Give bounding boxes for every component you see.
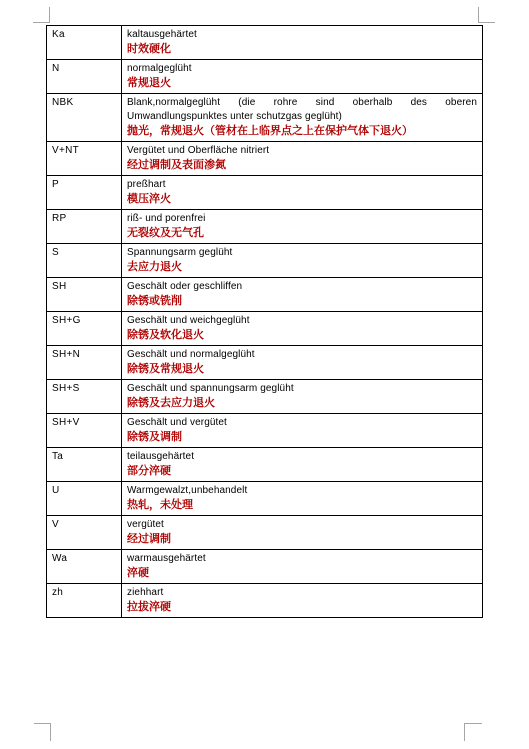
heat-treatment-codes-table: Ka kaltausgehärtet 时效硬化 N normalgeglüht … [46, 25, 483, 618]
code-cell: N [47, 60, 122, 94]
german-description: vergütet [127, 518, 477, 532]
code-cell: Ka [47, 26, 122, 60]
german-description: Geschält oder geschliffen [127, 280, 477, 294]
chinese-translation: 去应力退火 [127, 260, 477, 275]
chinese-translation: 部分淬硬 [127, 464, 477, 479]
german-description: preßhart [127, 178, 477, 192]
code-cell: SH [47, 278, 122, 312]
description-cell: ziehhart 拉拔淬硬 [122, 584, 483, 618]
chinese-translation: 模压淬火 [127, 192, 477, 207]
description-cell: Geschält und weichgeglüht 除锈及软化退火 [122, 312, 483, 346]
description-cell: vergütet 经过调制 [122, 516, 483, 550]
table-row: Ta teilausgehärtet 部分淬硬 [47, 448, 483, 482]
document-page: Ka kaltausgehärtet 时效硬化 N normalgeglüht … [0, 0, 529, 749]
table-row: NBK Blank,normalgeglüht (die rohre sind … [47, 94, 483, 142]
table-row: U Warmgewalzt,unbehandelt 热轧，未处理 [47, 482, 483, 516]
chinese-translation: 除锈或铣削 [127, 294, 477, 309]
crop-mark-top-right [478, 7, 495, 23]
description-cell: Geschält und normalgeglüht 除锈及常规退火 [122, 346, 483, 380]
german-description: warmausgehärtet [127, 552, 477, 566]
code-cell: RP [47, 210, 122, 244]
description-cell: Vergütet und Oberfläche nitriert 经过调制及表面… [122, 142, 483, 176]
german-description: ziehhart [127, 586, 477, 600]
german-description: Geschält und spannungsarm geglüht [127, 382, 477, 396]
code-cell: V+NT [47, 142, 122, 176]
code-cell: S [47, 244, 122, 278]
german-description: Spannungsarm geglüht [127, 246, 477, 260]
chinese-translation: 热轧，未处理 [127, 498, 477, 513]
code-cell: SH+G [47, 312, 122, 346]
chinese-translation: 时效硬化 [127, 42, 477, 57]
code-cell: P [47, 176, 122, 210]
table-row: SH+S Geschält und spannungsarm geglüht 除… [47, 380, 483, 414]
chinese-translation: 除锈及调制 [127, 430, 477, 445]
description-cell: Blank,normalgeglüht (die rohre sind ober… [122, 94, 483, 142]
table-body: Ka kaltausgehärtet 时效硬化 N normalgeglüht … [47, 26, 483, 618]
german-description: kaltausgehärtet [127, 28, 477, 42]
table-row: N normalgeglüht 常规退火 [47, 60, 483, 94]
chinese-translation: 无裂纹及无气孔 [127, 226, 477, 241]
code-cell: V [47, 516, 122, 550]
german-description: Geschält und vergütet [127, 416, 477, 430]
table-row: V+NT Vergütet und Oberfläche nitriert 经过… [47, 142, 483, 176]
description-cell: warmausgehärtet 淬硬 [122, 550, 483, 584]
description-cell: normalgeglüht 常规退火 [122, 60, 483, 94]
description-cell: kaltausgehärtet 时效硬化 [122, 26, 483, 60]
table-row: P preßhart 模压淬火 [47, 176, 483, 210]
table-row: zh ziehhart 拉拔淬硬 [47, 584, 483, 618]
code-cell: SH+V [47, 414, 122, 448]
code-cell: SH+N [47, 346, 122, 380]
german-description: Warmgewalzt,unbehandelt [127, 484, 477, 498]
description-cell: riß- und porenfrei 无裂纹及无气孔 [122, 210, 483, 244]
description-cell: Geschält und spannungsarm geglüht 除锈及去应力… [122, 380, 483, 414]
table-row: S Spannungsarm geglüht 去应力退火 [47, 244, 483, 278]
crop-mark-bottom-right [464, 723, 482, 741]
german-description: riß- und porenfrei [127, 212, 477, 226]
german-description: Vergütet und Oberfläche nitriert [127, 144, 477, 158]
table-row: RP riß- und porenfrei 无裂纹及无气孔 [47, 210, 483, 244]
table-row: SH+G Geschält und weichgeglüht 除锈及软化退火 [47, 312, 483, 346]
description-cell: Geschält und vergütet 除锈及调制 [122, 414, 483, 448]
code-cell: NBK [47, 94, 122, 142]
description-cell: Warmgewalzt,unbehandelt 热轧，未处理 [122, 482, 483, 516]
table-row: Ka kaltausgehärtet 时效硬化 [47, 26, 483, 60]
german-description: Geschält und weichgeglüht [127, 314, 477, 328]
crop-mark-bottom-left [34, 723, 51, 741]
description-cell: Spannungsarm geglüht 去应力退火 [122, 244, 483, 278]
chinese-translation: 经过调制 [127, 532, 477, 547]
table-row: V vergütet 经过调制 [47, 516, 483, 550]
table-row: SH+N Geschält und normalgeglüht 除锈及常规退火 [47, 346, 483, 380]
chinese-translation: 除锈及常规退火 [127, 362, 477, 377]
german-description: teilausgehärtet [127, 450, 477, 464]
chinese-translation: 除锈及去应力退火 [127, 396, 477, 411]
table-row: SH+V Geschält und vergütet 除锈及调制 [47, 414, 483, 448]
crop-mark-top-left [33, 7, 50, 23]
chinese-translation: 经过调制及表面渗氮 [127, 158, 477, 173]
code-cell: Wa [47, 550, 122, 584]
code-cell: Ta [47, 448, 122, 482]
code-cell: U [47, 482, 122, 516]
chinese-translation: 除锈及软化退火 [127, 328, 477, 343]
code-cell: SH+S [47, 380, 122, 414]
chinese-translation: 抛光，常规退火（管材在上临界点之上在保护气体下退火） [127, 124, 477, 139]
german-description: Blank,normalgeglüht (die rohre sind ober… [127, 96, 477, 124]
german-description: normalgeglüht [127, 62, 477, 76]
chinese-translation: 常规退火 [127, 76, 477, 91]
german-description: Geschält und normalgeglüht [127, 348, 477, 362]
chinese-translation: 拉拔淬硬 [127, 600, 477, 615]
chinese-translation: 淬硬 [127, 566, 477, 581]
table-row: SH Geschält oder geschliffen 除锈或铣削 [47, 278, 483, 312]
code-cell: zh [47, 584, 122, 618]
description-cell: Geschält oder geschliffen 除锈或铣削 [122, 278, 483, 312]
description-cell: preßhart 模压淬火 [122, 176, 483, 210]
description-cell: teilausgehärtet 部分淬硬 [122, 448, 483, 482]
table-row: Wa warmausgehärtet 淬硬 [47, 550, 483, 584]
